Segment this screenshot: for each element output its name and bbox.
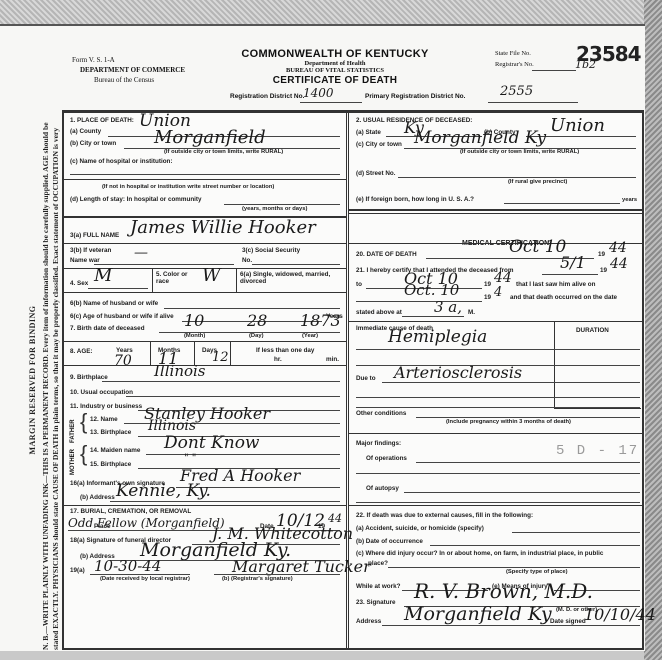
mother-birthplace-value[interactable]: " " [184, 453, 196, 464]
am-pm-label: M. [468, 309, 475, 316]
registration-district-value[interactable]: 1400 [303, 86, 334, 100]
received-label: 19(a) [70, 567, 85, 574]
residence-county-value[interactable]: Union [550, 115, 605, 136]
birthplace-label: 9. Birthplace [70, 374, 108, 381]
autopsy-line [404, 492, 640, 493]
binding-notice: MARGIN RESERVED FOR BINDING [28, 110, 38, 650]
last-year-prefix: 19 [484, 294, 491, 301]
stay-line [224, 204, 340, 205]
attended-from-line [542, 274, 598, 275]
place-of-death-label: 1. PLACE OF DEATH: [70, 117, 134, 124]
time-of-death-value[interactable]: 3 a, [434, 298, 462, 316]
department: DEPARTMENT OF COMMERCE [72, 65, 185, 75]
immediate-cause-line [356, 349, 640, 350]
veteran-war-label: Name war [70, 257, 100, 264]
birth-date-label: 7. Birth date of deceased [70, 325, 145, 332]
divider [64, 292, 346, 293]
state-file-label: State File No. [495, 48, 534, 59]
street-label: (d) Street No. [356, 170, 396, 177]
time-line [402, 316, 464, 317]
age-years-value[interactable]: 70 [114, 353, 132, 369]
injury-place-line [388, 567, 640, 568]
death-city-note: (If outside city or town limits, write R… [164, 149, 283, 155]
last-saw-line [356, 301, 482, 302]
last-saw-label: that I last saw him alive on [516, 281, 595, 288]
physician-address-label: Address [356, 618, 381, 625]
major-findings-label: Major findings: [356, 440, 401, 447]
from-year-value[interactable]: 44 [610, 256, 628, 272]
burial-label: 17. BURIAL, CREMATION, OR REMOVAL [70, 508, 191, 515]
informant-address-line [110, 501, 340, 502]
operations-line [416, 462, 640, 463]
ss-no-label: No. [242, 257, 252, 264]
date-of-death-label: 20. DATE OF DEATH [356, 251, 417, 258]
form-header-right: State File No. Registrar's No. [495, 48, 534, 70]
veteran-value[interactable]: — [134, 245, 148, 261]
bureau-census: Bureau of the Census [72, 75, 185, 85]
pregnancy-note: (Include pregnancy within 3 months of de… [446, 419, 571, 425]
other-conditions-line [416, 417, 640, 418]
received-caption: (Date received by local registrar) [100, 576, 190, 582]
received-date-value[interactable]: 10-30-44 [94, 557, 161, 575]
duration-label: DURATION [576, 327, 609, 334]
injury-place-label-2: place? [368, 560, 388, 567]
operations-label: Of operations [366, 455, 407, 462]
sex-label: 4. Sex [70, 280, 88, 287]
date-signed-label: Date signed [550, 618, 586, 625]
age-label: 8. AGE: [70, 348, 93, 355]
spouse-line [164, 308, 340, 309]
injury-place-label: (c) Where did injury occur? In or about … [356, 550, 603, 557]
day-caption: (Day) [249, 333, 264, 339]
spouse-age-label: 6(c) Age of husband or wife if alive [70, 313, 174, 320]
binding-margin: MARGIN RESERVED FOR BINDING N. B.—WRITE … [6, 110, 50, 650]
ss-line [252, 264, 340, 265]
father-brace: { [80, 411, 87, 433]
while-at-work-label: While at work? [356, 583, 400, 590]
mother-birthplace-label: 15. Birthplace [90, 461, 131, 468]
to-year-prefix: 19 [484, 281, 491, 288]
residence-city-note: (If outside city or town limits, write R… [460, 149, 579, 155]
due-to-line [382, 382, 640, 383]
mother-maiden-value[interactable]: Dont Know [164, 433, 259, 453]
injury-place-note: (Specify type of place) [506, 569, 568, 575]
mother-brace: { [80, 443, 87, 465]
dod-year-prefix: 19 [598, 251, 605, 258]
age-days-value[interactable]: 12 [212, 350, 229, 365]
attended-from-value[interactable]: 5/1 [560, 253, 586, 272]
scan-border-right [644, 0, 662, 660]
accident-label: (a) Accident, suicide, or homicide (spec… [356, 525, 484, 532]
external-causes-label: 22. If death was due to external causes,… [356, 512, 533, 519]
hr-label: hr. [274, 356, 282, 363]
mother-tag: MOTHER [70, 449, 76, 475]
date-of-death-value[interactable]: Oct 10 [509, 237, 566, 257]
mother-maiden-line [146, 454, 340, 455]
divider [230, 341, 231, 365]
foreign-born-unit: years [622, 197, 637, 203]
residence-state-label: (a) State [356, 129, 381, 136]
color-value[interactable]: W [202, 265, 221, 286]
social-security-label: 3(c) Social Security [242, 247, 300, 254]
burial-place-label: Place [94, 523, 110, 530]
attended-to-label: to [356, 281, 362, 288]
primary-district-value[interactable]: 2555 [500, 84, 533, 99]
color-label: 5. Color or race [156, 271, 196, 285]
divider [349, 243, 642, 244]
veteran-label: 3(b) If veteran [70, 247, 111, 254]
full-name-value[interactable]: James Willie Hooker [130, 217, 316, 238]
birth-month-value[interactable]: 10 [184, 311, 204, 330]
residence-city-value[interactable]: Morganfield Ky [414, 128, 546, 148]
autopsy-line-2 [356, 502, 640, 503]
registrar-no-label: Registrar's No. [495, 59, 534, 70]
form-header-center: COMMONWEALTH OF KENTUCKY Department of H… [240, 48, 430, 86]
burial-place-value[interactable]: Odd Fellow (Morganfield) [68, 516, 225, 530]
death-occurred-label: and that death occurred on the date [510, 294, 617, 301]
street-note: (If rural give precinct) [508, 179, 567, 185]
less-than-day-label: If less than one day [256, 347, 314, 354]
divider [349, 433, 642, 434]
informant-address-value[interactable]: Kennie, Ky. [116, 481, 211, 501]
foreign-born-line [504, 203, 620, 204]
informant-address-label: (b) Address [80, 494, 115, 501]
page-title: CERTIFICATE OF DEATH [240, 75, 430, 86]
father-name-label: 12. Name [90, 416, 118, 423]
divider [152, 268, 153, 292]
coding-stamp: 5 D - 17 [556, 443, 639, 459]
commonwealth-title: COMMONWEALTH OF KENTUCKY [240, 48, 430, 60]
month-caption: (Month) [184, 333, 205, 339]
other-conditions-label: Other conditions [356, 410, 406, 417]
dept-health: Department of Health [240, 60, 430, 67]
divider [349, 505, 642, 506]
divider [64, 341, 346, 342]
divider [349, 209, 642, 211]
marital-status-label: 6(a) Single, widowed, married, divorced [240, 271, 344, 285]
death-city-label: (b) City or town [70, 140, 116, 147]
father-birthplace-value[interactable]: Illinois [148, 418, 196, 434]
registration-district-line [300, 102, 362, 103]
divider [64, 505, 346, 506]
last-year-value[interactable]: 4 [494, 285, 502, 300]
birthplace-line [102, 381, 340, 382]
cause-line-5 [356, 407, 640, 408]
occurrence-line [430, 545, 640, 546]
spouse-name-label: 6(b) Name of husband or wife [70, 300, 158, 307]
date-signed-value[interactable]: 10/10/44 [584, 605, 656, 624]
birth-day-value[interactable]: 28 [247, 311, 267, 330]
divider [64, 179, 346, 180]
due-to-value[interactable]: Arteriosclerosis [394, 363, 522, 382]
physician-signature-label: 23. Signature [356, 599, 396, 606]
registrar-caption: (b) (Registrar's signature) [222, 576, 293, 582]
divider [150, 341, 151, 365]
last-saw-value[interactable]: Oct. 10 [404, 281, 459, 299]
father-birthplace-label: 13. Birthplace [90, 429, 131, 436]
form-header-left: Form V. S. 1-A DEPARTMENT OF COMMERCE Bu… [72, 55, 185, 85]
dod-year-value[interactable]: 44 [609, 240, 627, 256]
occupation-label: 10. Usual occupation [70, 389, 133, 396]
full-name-label: 3(a) FULL NAME [70, 232, 119, 239]
due-to-label: Due to [356, 375, 376, 382]
from-year-prefix: 19 [600, 267, 607, 274]
occurrence-date-label: (b) Date of occurrence [356, 538, 423, 545]
year-caption: (Year) [302, 333, 318, 339]
registration-district-label: Registration District No. [230, 93, 304, 100]
physician-signature-value[interactable]: R. V. Brown, M.D. [414, 579, 593, 603]
hospital-label: (c) Name of hospital or institution: [70, 158, 173, 165]
cause-line-4 [356, 397, 640, 398]
immediate-cause-value[interactable]: Hemiplegia [388, 327, 487, 347]
form-number: Form V. S. 1-A [72, 55, 185, 65]
residence-city-label: (c) City or town [356, 141, 402, 148]
physician-address-value[interactable]: Morganfield Ky [404, 603, 552, 625]
birth-year-value[interactable]: 1873 [300, 311, 341, 330]
registrar-no-line [532, 70, 576, 71]
stay-label: (d) Length of stay: In hospital or commu… [70, 196, 202, 203]
certificate-form: 1. PLACE OF DEATH: (a) County Union (b) … [62, 110, 644, 650]
sex-line [88, 288, 148, 289]
findings-line [356, 473, 640, 474]
birthplace-value[interactable]: Illinois [154, 362, 206, 380]
primary-district-line [488, 102, 578, 103]
occupation-line [126, 396, 340, 397]
registrar-line [214, 574, 340, 575]
min-label: min. [326, 356, 339, 363]
foreign-born-label: (e) If foreign born, how long in U. S. A… [356, 196, 474, 203]
mother-maiden-label: 14. Maiden name [90, 447, 140, 454]
accident-line [512, 532, 640, 533]
death-county-label: (a) County [70, 128, 101, 135]
father-tag: FATHER [70, 419, 76, 443]
physician-address-line [382, 625, 640, 626]
autopsy-label: Of autopsy [366, 485, 399, 492]
to-year-value[interactable]: 44 [494, 270, 512, 286]
primary-district-label: Primary Registration District No. [365, 93, 465, 100]
divider [236, 268, 237, 292]
street-line [398, 177, 636, 178]
divider [349, 213, 642, 214]
death-city-value[interactable]: Morganfield [154, 127, 266, 148]
stated-above-label: stated above at [356, 309, 402, 316]
stay-note: (years, months or days) [242, 206, 307, 212]
received-line [90, 574, 190, 575]
divider [64, 243, 346, 244]
sex-value[interactable]: M [94, 265, 112, 286]
hospital-line [70, 174, 340, 175]
registrar-number: 1b2 [575, 58, 596, 71]
bureau-vital: BUREAU OF VITAL STATISTICS [240, 67, 430, 74]
hospital-note: (If not in hospital or institution write… [102, 184, 274, 190]
